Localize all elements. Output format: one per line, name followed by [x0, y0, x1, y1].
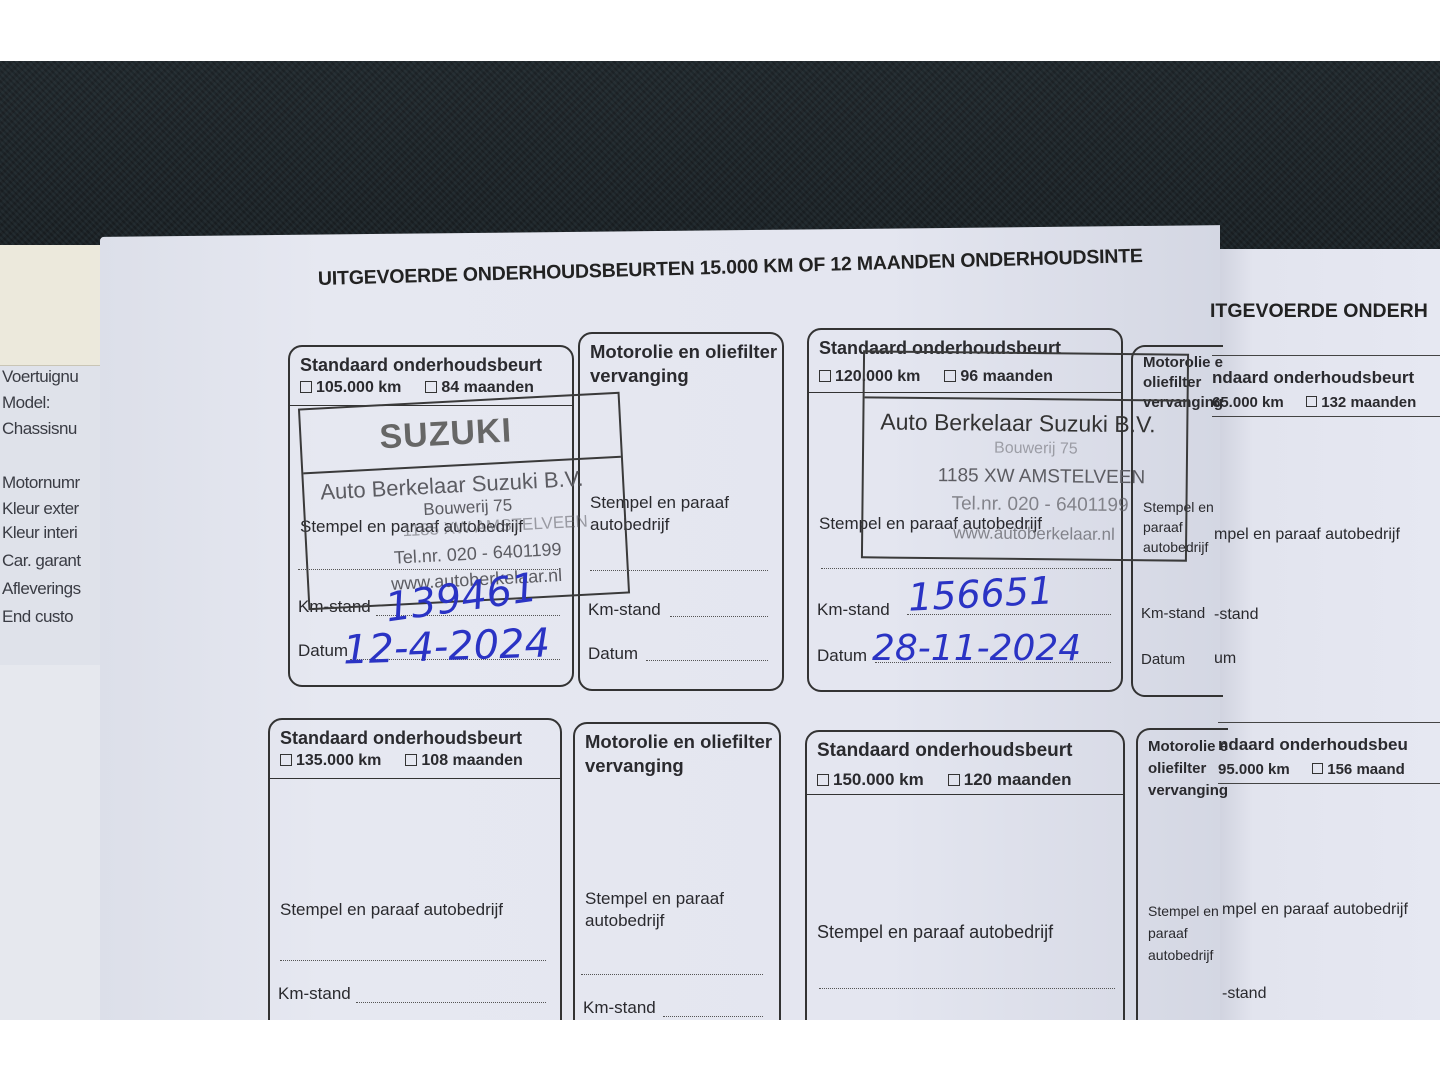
- card-options: 65.000 km 132 maanden: [1212, 394, 1416, 411]
- stamp-divider: [865, 396, 1187, 401]
- card-title: Motorolie en oliefilter vervanging: [1148, 736, 1228, 802]
- stamp-label: Stempel en paraaf autobedrijf: [817, 922, 1053, 943]
- label-model: Model:: [2, 393, 98, 413]
- card-divider: [270, 778, 560, 779]
- dotted-line: [670, 616, 768, 617]
- stamp-city: 1185 XW AMSTELVEEN: [938, 465, 1146, 489]
- checkbox-months[interactable]: [425, 381, 437, 393]
- option-months: 120 maanden: [964, 770, 1072, 789]
- label-engine-number: Motornumr: [2, 473, 98, 493]
- km-label: Km-stand: [1141, 605, 1205, 622]
- label-interior-color: Kleur interi: [2, 523, 98, 543]
- km-label: Km-stand: [817, 600, 890, 620]
- card-title: Motorolie en oliefilter vervanging: [585, 730, 785, 778]
- card-title: Motorolie en oliefilter vervanging: [590, 340, 790, 388]
- right-page-heading: ITGEVOERDE ONDERH: [1210, 300, 1428, 323]
- card-divider: [1212, 416, 1440, 417]
- card-divider: [1218, 783, 1440, 784]
- stamp-company: Auto Berkelaar Suzuki B.V.: [880, 408, 1156, 438]
- date-label: Datum: [298, 641, 348, 661]
- left-page-tab: [0, 245, 104, 366]
- option-km: 150.000 km: [833, 770, 924, 789]
- dotted-line: [646, 660, 768, 661]
- km-label: Km-stand: [583, 998, 656, 1018]
- km-label: -stand: [1214, 606, 1258, 624]
- date-label: Datum: [588, 644, 638, 664]
- label-blank: [2, 439, 98, 473]
- dotted-line: [663, 1016, 763, 1017]
- label-warranty: Car. garant: [2, 551, 98, 571]
- service-card-150000: Standaard onderhoudsbeurt 150.000 km120 …: [805, 730, 1125, 1054]
- stamp-label: Stempel en paraaf autobedrijf: [280, 900, 503, 920]
- stamp-phone: Tel.nr. 020 - 6401199: [951, 493, 1128, 517]
- option-km: 135.000 km: [296, 752, 381, 769]
- left-page: Voertuignu Model: Chassisnu Motornumr Kl…: [0, 245, 112, 1020]
- label-exterior-color: Kleur exter: [2, 499, 98, 519]
- stamp-web: www.autoberkelaar.nl: [953, 523, 1115, 545]
- dotted-line: [819, 988, 1115, 989]
- stamp-street: Bouwerij 75: [994, 440, 1078, 459]
- stamp-label: mpel en paraaf autobedrijf: [1214, 526, 1400, 544]
- stamp-label: Stempel en paraaf autobedrijf: [1148, 900, 1228, 966]
- label-end-customer: End custo: [2, 607, 98, 627]
- oil-card-4: Motorolie en oliefilter vervanging Stemp…: [1136, 728, 1228, 1052]
- checkbox-km[interactable]: [819, 370, 831, 382]
- option-months: 156 maand: [1327, 761, 1405, 778]
- date-label: Datum: [1141, 651, 1185, 668]
- card-options: 95.000 km 156 maand: [1218, 761, 1405, 778]
- card-title: ndaard onderhoudsbeu: [1218, 735, 1408, 755]
- card-title: Standaard onderhoudsbeurt: [817, 740, 1072, 762]
- card-title: Standaard onderhoudsbeurt: [280, 728, 522, 749]
- dotted-line: [581, 974, 763, 975]
- date-label: Datum: [817, 646, 867, 666]
- checkbox-km[interactable]: [280, 754, 292, 766]
- dealer-stamp-2: Auto Berkelaar Suzuki B.V. Bouwerij 75 1…: [861, 350, 1189, 561]
- option-months: 84 maanden: [441, 379, 533, 396]
- option-km: 95.000 km: [1218, 761, 1290, 778]
- card-options: 135.000 km108 maanden: [280, 752, 523, 770]
- card-options: 150.000 km120 maanden: [817, 770, 1071, 790]
- dotted-line: [280, 960, 546, 961]
- option-km: 105.000 km: [316, 379, 401, 396]
- handwritten-date-1: 12-4-2024: [342, 620, 550, 673]
- label-vehicle-number: Voertuignu: [2, 367, 98, 387]
- checkbox-months[interactable]: [405, 754, 417, 766]
- handwritten-km-2: 156651: [907, 568, 1054, 620]
- checkbox-km[interactable]: [817, 774, 829, 786]
- checkbox-km[interactable]: [300, 381, 312, 393]
- checkbox-months[interactable]: [948, 774, 960, 786]
- label-delivery: Afleverings: [2, 579, 98, 599]
- km-label: -stand: [1222, 985, 1266, 1003]
- date-label: um: [1214, 650, 1236, 668]
- service-card-135000: Standaard onderhoudsbeurt 135.000 km108 …: [268, 718, 562, 1052]
- oil-card-3: Motorolie en oliefilter vervanging Stemp…: [573, 722, 781, 1056]
- option-months: 108 maanden: [421, 752, 522, 769]
- stamp-phone: Tel.nr. 020 - 6401199: [393, 539, 562, 569]
- label-chassis: Chassisnu: [2, 419, 98, 439]
- option-km: 65.000 km: [1212, 394, 1284, 411]
- km-label: Km-stand: [588, 600, 661, 620]
- card-title: ndaard onderhoudsbeurt: [1212, 368, 1414, 388]
- right-card-65000: ndaard onderhoudsbeurt 65.000 km 132 maa…: [1212, 355, 1440, 691]
- dotted-line: [356, 1002, 546, 1003]
- dotted-line: [821, 568, 1111, 569]
- handwritten-date-2: 28-11-2024: [872, 628, 1081, 669]
- right-card-95000: ndaard onderhoudsbeu 95.000 km 156 maand…: [1218, 722, 1440, 1023]
- vehicle-info-labels: Voertuignu Model: Chassisnu Motornumr Kl…: [2, 367, 98, 627]
- bottom-margin: [0, 1020, 1440, 1080]
- option-months: 132 maanden: [1321, 394, 1416, 411]
- stamp-label: mpel en paraaf autobedrijf: [1222, 901, 1408, 919]
- stamp-label: Stempel en paraaf autobedrijf: [585, 888, 745, 932]
- km-label: Km-stand: [278, 984, 351, 1004]
- suzuki-logo: SUZUKI: [379, 411, 513, 457]
- card-divider: [807, 794, 1123, 795]
- card-options: 105.000 km84 maanden: [300, 379, 534, 397]
- card-title: Standaard onderhoudsbeurt: [300, 355, 542, 376]
- left-page-lower: [0, 665, 100, 1020]
